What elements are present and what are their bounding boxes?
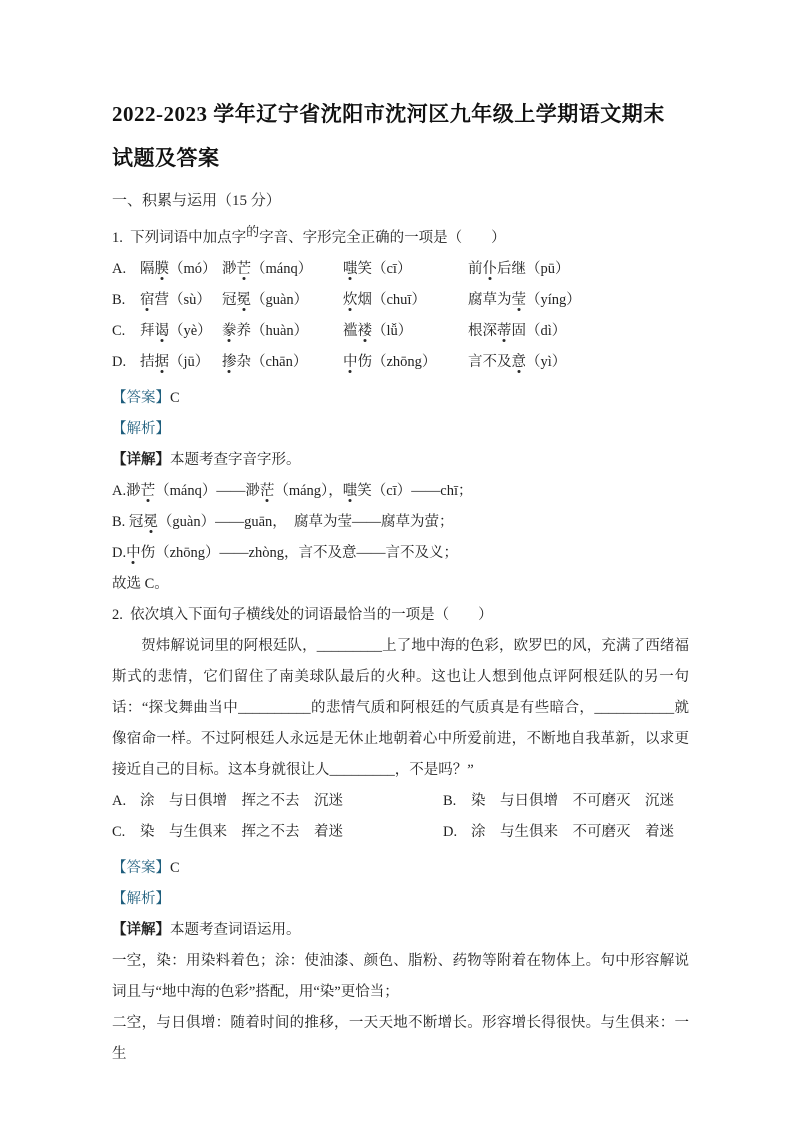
- q1-detail-line-d: D.中伤（zhōng）——zhòng，言不及意——言不及义；: [112, 538, 689, 569]
- q1-option-b-word3: 炊烟（chuī）: [343, 285, 468, 316]
- q2-option-c: C.染 与生俱来 挥之不去 着迷: [112, 817, 443, 848]
- q2-analysis-label: 【解析】: [112, 891, 170, 907]
- q1-detail-intro: 本题考查字音字形。: [170, 452, 301, 468]
- q2-option-d-text: 涂 与生俱来 不可磨灭 着迷: [471, 817, 674, 848]
- q1-option-d-word2: 掺杂（chān）: [222, 347, 343, 378]
- q1-answer-value: C: [170, 390, 180, 406]
- q1-option-row-d: D. 拮据（jū） 掺杂（chān） 中伤（zhōng） 言不及意（yì）: [112, 347, 689, 378]
- q2-option-b-label: B.: [443, 786, 471, 817]
- q1-option-row-b: B. 宿营（sù） 冠冕（guàn） 炊烟（chuī） 腐草为莹（yíng）: [112, 285, 689, 316]
- q1-answer-line: 【答案】C: [112, 383, 689, 414]
- q2-option-row-cd: C.染 与生俱来 挥之不去 着迷 D.涂 与生俱来 不可磨灭 着迷: [112, 817, 689, 848]
- q2-detail-label: 【详解】: [112, 922, 170, 938]
- q2-option-a-text: 涂 与日俱增 挥之不去 沉迷: [140, 786, 343, 817]
- q2-option-a: A.涂 与日俱增 挥之不去 沉迷: [112, 786, 443, 817]
- q2-analysis-line: 【解析】: [112, 884, 689, 915]
- q1-option-row-a: A. 隔膜（mó） 渺芒（mánq） 嗤笑（cī） 前仆后继（pū）: [112, 254, 689, 285]
- q1-detail-line-b: B. 冠冕（guàn）——guān， 腐草为莹——腐草为萤；: [112, 507, 689, 538]
- q2-option-d-label: D.: [443, 817, 471, 848]
- document-content: 2022-2023 学年辽宁省沈阳市沈河区九年级上学期语文期末 试题及答案 一、…: [0, 92, 793, 1070]
- q2-passage: 贺炜解说词里的阿根廷队，_________上了地中海的色彩，欧罗巴的风，充满了西…: [112, 631, 689, 786]
- q1-option-c-word2: 豢养（huàn）: [222, 316, 343, 347]
- q2-option-b-text: 染 与日俱增 不可磨灭 沉迷: [471, 786, 674, 817]
- q1-stem: 1. 下列词语中加点字的字音、字形完全正确的一项是（ ）: [112, 222, 689, 254]
- q1-option-a-word1: 隔膜（mó）: [140, 254, 222, 285]
- q1-option-d-word3: 中伤（zhōng）: [343, 347, 468, 378]
- q1-analysis-line: 【解析】: [112, 414, 689, 445]
- q2-answer-label: 【答案】: [112, 860, 170, 876]
- q1-option-a-label: A.: [112, 254, 140, 285]
- q1-option-row-c: C. 拜谒（yè） 豢养（huàn） 褴褛（lǚ） 根深蒂固（dì）: [112, 316, 689, 347]
- q1-option-a-word2: 渺芒（mánq）: [222, 254, 343, 285]
- q2-option-b: B.染 与日俱增 不可磨灭 沉迷: [443, 786, 689, 817]
- exam-document-page: 2022-2023 学年辽宁省沈阳市沈河区九年级上学期语文期末 试题及答案 一、…: [0, 0, 793, 1122]
- q1-option-b-word2: 冠冕（guàn）: [222, 285, 343, 316]
- document-title-line2: 试题及答案: [112, 136, 689, 180]
- q1-detail-line-a: A.渺芒（mánq）——渺茫（máng），嗤笑（cī）——chī；: [112, 476, 689, 507]
- q2-detail-blank1: 一空，染：用染料着色；涂：使油漆、颜色、脂粉、药物等附着在物体上。句中形容解说词…: [112, 946, 689, 1008]
- q1-option-b-label: B.: [112, 285, 140, 316]
- q2-option-c-text: 染 与生俱来 挥之不去 着迷: [140, 817, 343, 848]
- q1-detail-label: 【详解】: [112, 452, 170, 468]
- q1-option-d-label: D.: [112, 347, 140, 378]
- q1-option-a-word4: 前仆后继（pū）: [468, 254, 689, 285]
- document-title: 2022-2023 学年辽宁省沈阳市沈河区九年级上学期语文期末 试题及答案: [112, 92, 689, 180]
- q1-option-c-label: C.: [112, 316, 140, 347]
- q1-option-b-word4: 腐草为莹（yíng）: [468, 285, 689, 316]
- q2-detail-intro: 本题考查词语运用。: [170, 922, 301, 938]
- q2-stem: 2. 依次填入下面句子横线处的词语最恰当的一项是（ ）: [112, 600, 689, 631]
- q1-option-b-word1: 宿营（sù）: [140, 285, 222, 316]
- q1-option-c-word3: 褴褛（lǚ）: [343, 316, 468, 347]
- q2-detail-intro-line: 【详解】本题考查词语运用。: [112, 915, 689, 946]
- q1-answer-label: 【答案】: [112, 390, 170, 406]
- q1-stem-post: 字音、字形完全正确的一项是（ ）: [259, 230, 506, 246]
- q1-stem-superscript: 的: [246, 224, 259, 239]
- q1-detail-intro-line: 【详解】本题考查字音字形。: [112, 445, 689, 476]
- q2-answer-value: C: [170, 860, 180, 876]
- q1-detail-conclusion: 故选 C。: [112, 569, 689, 600]
- q2-detail-blank2: 二空，与日俱增：随着时间的推移，一天天地不断增长。形容增长得很快。与生俱来：一生: [112, 1008, 689, 1070]
- q1-stem-pre: 1. 下列词语中加点字: [112, 230, 246, 246]
- q2-option-a-label: A.: [112, 786, 140, 817]
- q1-option-d-word1: 拮据（jū）: [140, 347, 222, 378]
- q2-option-c-label: C.: [112, 817, 140, 848]
- q1-analysis-label: 【解析】: [112, 421, 170, 437]
- q2-answer-line: 【答案】C: [112, 853, 689, 884]
- document-title-line1: 2022-2023 学年辽宁省沈阳市沈河区九年级上学期语文期末: [112, 92, 689, 136]
- q2-option-d: D.涂 与生俱来 不可磨灭 着迷: [443, 817, 689, 848]
- q1-option-c-word1: 拜谒（yè）: [140, 316, 222, 347]
- q2-option-row-ab: A.涂 与日俱增 挥之不去 沉迷 B.染 与日俱增 不可磨灭 沉迷: [112, 786, 689, 817]
- q1-option-d-word4: 言不及意（yì）: [468, 347, 689, 378]
- section-heading: 一、积累与运用（15 分）: [112, 186, 689, 217]
- q1-option-a-word3: 嗤笑（cī）: [343, 254, 468, 285]
- q1-option-c-word4: 根深蒂固（dì）: [468, 316, 689, 347]
